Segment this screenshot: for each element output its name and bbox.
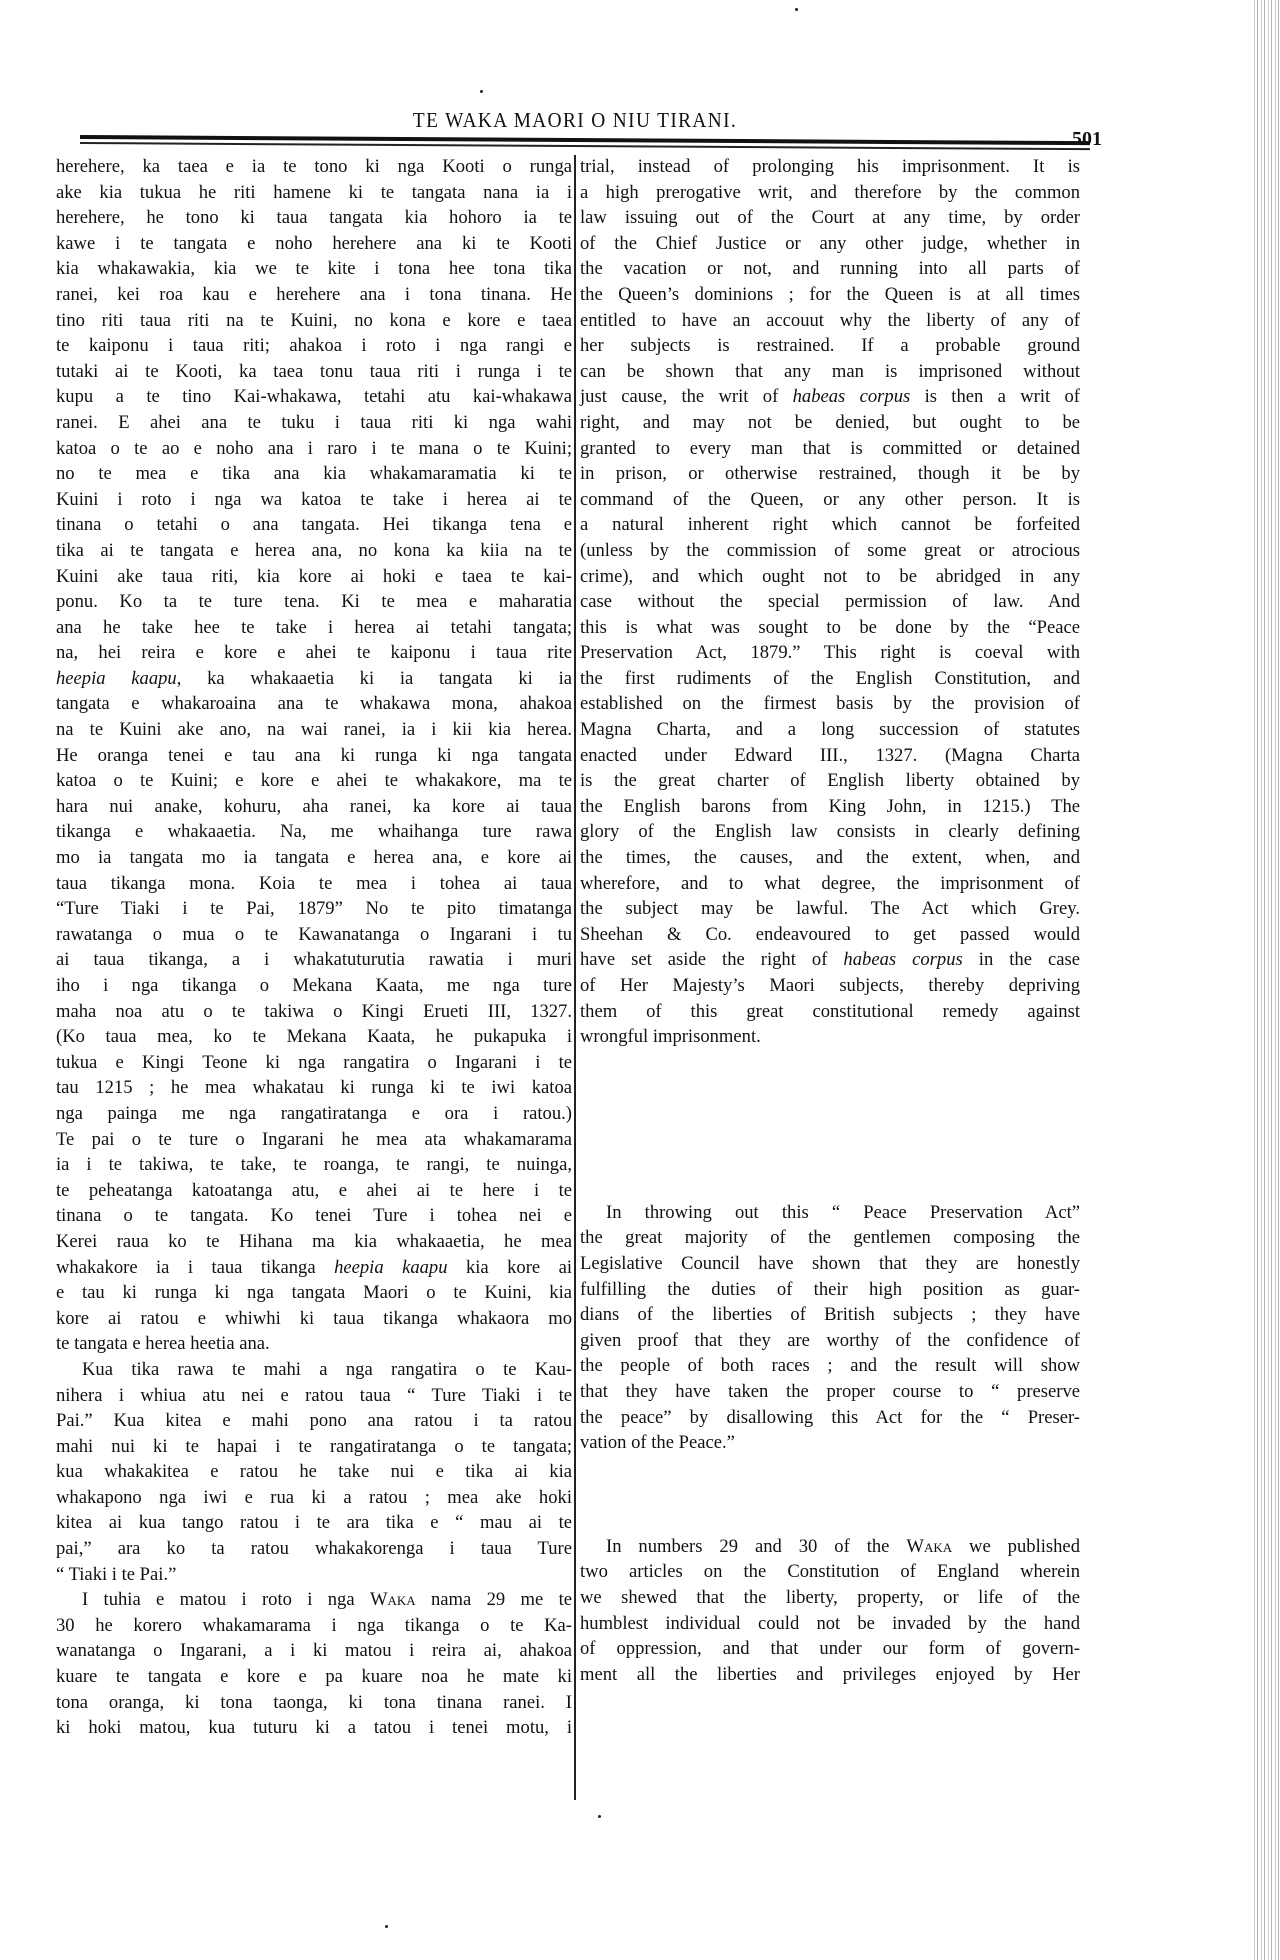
text-line: tangata e whakaroaina ana te whakawa mon… — [56, 691, 572, 717]
text-line: tikanga e whakaaetia. Na, me whaihanga t… — [56, 819, 572, 845]
scan-binding-edge — [1254, 0, 1280, 1960]
text-line: Kua tika rawa te mahi a nga rangatira o … — [56, 1357, 572, 1383]
column-gap — [580, 1456, 1080, 1534]
text-line: the Queen’s dominions ; for the Queen is… — [580, 282, 1080, 308]
text-line: pai,” ara ko ta ratou whakakorenga i tau… — [56, 1536, 572, 1562]
left-p1-lines-a: herehere, ka taea e ia te tono ki nga Ko… — [56, 154, 572, 666]
right-p1-habeas-line: just cause, the writ of habeas corpus is… — [580, 384, 1080, 410]
text-line: we shewed that the liberty, property, or… — [580, 1585, 1080, 1611]
text-line: two articles on the Constitution of Engl… — [580, 1559, 1080, 1585]
left-paragraph-3: I tuhia e matou i roto i nga Waka nama 2… — [56, 1587, 572, 1741]
heepia-kaapu-term: heepia kaapu — [56, 668, 177, 689]
text-line: law issuing out of the Court at any time… — [580, 205, 1080, 231]
text-line: kawe i te tangata e noho herehere ana ki… — [56, 231, 572, 257]
text-line: humblest individual could not be invaded… — [580, 1611, 1080, 1637]
right-p2-lines: In throwing out this “ Peace Preservatio… — [580, 1200, 1080, 1456]
text-line: In throwing out this “ Peace Preservatio… — [580, 1200, 1080, 1226]
text-line: “ Tiaki i te Pai.” — [56, 1562, 572, 1588]
text-line: Sheehan & Co. endeavoured to get passed … — [580, 922, 1080, 948]
left-p2-lines: Kua tika rawa te mahi a nga rangatira o … — [56, 1357, 572, 1587]
scan-speck — [480, 90, 483, 93]
text-line: te tangata e herea heetia ana. — [56, 1331, 572, 1357]
text-line: nga painga me nga rangatiratanga e ora i… — [56, 1101, 572, 1127]
text-line: glory of the English law consists in cle… — [580, 819, 1080, 845]
text-line: kitea ai kua tango ratou i te ara tika e… — [56, 1510, 572, 1536]
text-line: whakapono nga iwi e rua ki a ratou ; mea… — [56, 1485, 572, 1511]
column-gap — [580, 1050, 1080, 1200]
text-line: is the great charter of English liberty … — [580, 768, 1080, 794]
text-line: ranei. E ahei ana te tuku i taua riti ki… — [56, 410, 572, 436]
text-line: Preservation Act, 1879.” This right is c… — [580, 640, 1080, 666]
text-line: e tau ki runga ki nga tangata Maori o te… — [56, 1280, 572, 1306]
text-line: the English barons from King John, in 12… — [580, 794, 1080, 820]
heepia-kaapu-term: heepia kaapu — [334, 1257, 447, 1278]
page-header: TE WAKA MAORI O NIU TIRANI. 501 — [60, 108, 1090, 138]
scan-speck — [795, 8, 798, 11]
left-p3-first-line: I tuhia e matou i roto i nga Waka nama 2… — [56, 1587, 572, 1613]
left-p1-lines-b: tangata e whakaroaina ana te whakawa mon… — [56, 691, 572, 1254]
text-line: (Ko taua mea, ko te Mekana Kaata, he puk… — [56, 1024, 572, 1050]
text-line: a high prerogative writ, and therefore b… — [580, 180, 1080, 206]
text-line: Kerei raua ko te Hihana ma kia whakaaeti… — [56, 1229, 572, 1255]
text-line: of oppression, and that under our form o… — [580, 1636, 1080, 1662]
text-line: mahi nui ki te hapai i te rangatiratanga… — [56, 1434, 572, 1460]
text-line: of the Chief Justice or any other judge,… — [580, 231, 1080, 257]
text-line: herehere, he tono ki taua tangata kia ho… — [56, 205, 572, 231]
text-line: te peheatanga katoatanga atu, e ahei ai … — [56, 1178, 572, 1204]
text-line: entitled to have an accouut why the libe… — [580, 308, 1080, 334]
text-line: dians of the liberties of British subjec… — [580, 1302, 1080, 1328]
text-line: the subject may be lawful. The Act which… — [580, 896, 1080, 922]
right-paragraph-1: trial, instead of prolonging his impriso… — [580, 154, 1080, 1050]
text-line: tutaki ai te Kooti, ka taea tonu taua ri… — [56, 359, 572, 385]
text-line: na te Kuini ake ano, na wai ranei, ia i … — [56, 717, 572, 743]
running-title: TE WAKA MAORI O NIU TIRANI. — [101, 108, 1049, 133]
text-line: the peace” by disallowing this Act for t… — [580, 1405, 1080, 1431]
text-line: maha noa atu o te takiwa o Kingi Erueti … — [56, 999, 572, 1025]
text-line: ki hoki matou, kua tuturu ki a tatou i t… — [56, 1715, 572, 1741]
text-line: granted to every man that is committed o… — [580, 436, 1080, 462]
text-line: 30 he korero whakamarama i nga tikanga o… — [56, 1613, 572, 1639]
text-line: tukua e Kingi Teone ki nga rangatira o I… — [56, 1050, 572, 1076]
text-line: vation of the Peace.” — [580, 1430, 1080, 1456]
left-p1-lines-c: e tau ki runga ki nga tangata Maori o te… — [56, 1280, 572, 1357]
text-line: that they have taken the proper course t… — [580, 1379, 1080, 1405]
scan-speck — [385, 1925, 388, 1928]
text-line: the great majority of the gentlemen comp… — [580, 1225, 1080, 1251]
text-line: Kuini i roto i nga wa katoa te take i he… — [56, 487, 572, 513]
left-p3-lines: 30 he korero whakamarama i nga tikanga o… — [56, 1613, 572, 1741]
text-line: ia i te takiwa, te take, te roanga, te r… — [56, 1152, 572, 1178]
text-line: te kaiponu i taua riti; ahakoa i roto i … — [56, 333, 572, 359]
text-line: nihera i whiua atu nei e ratou taua “ Tu… — [56, 1383, 572, 1409]
text-line: a natural inherent right which cannot be… — [580, 512, 1080, 538]
text-line: ana he take hee te take i herea ai tetah… — [56, 615, 572, 641]
text-line: katoa o te ao e noho ana i raro i te man… — [56, 436, 572, 462]
text-line: kua whakakitea e ratou he take nui e tik… — [56, 1459, 572, 1485]
left-p1-italic-line: heepia kaapu, ka whakaaetia ki ia tangat… — [56, 666, 572, 692]
text-line: case without the special permission of l… — [580, 589, 1080, 615]
text-line: mo ia tangata mo ia tangata e herea ana,… — [56, 845, 572, 871]
left-paragraph-2: Kua tika rawa te mahi a nga rangatira o … — [56, 1357, 572, 1587]
text-line: herehere, ka taea e ia te tono ki nga Ko… — [56, 154, 572, 180]
text-line: (unless by the commission of some great … — [580, 538, 1080, 564]
text-line: given proof that they are worthy of the … — [580, 1328, 1080, 1354]
text-line: tau 1215 ; he mea whakatau ki runga ki t… — [56, 1075, 572, 1101]
text-line: Te pai o te ture o Ingarani he mea ata w… — [56, 1127, 572, 1153]
text-line: tinana o tetahi o ana tangata. Hei tikan… — [56, 512, 572, 538]
text-line: katoa o te Kuini; e kore e ahei te whaka… — [56, 768, 572, 794]
text-line: the times, the causes, and the extent, w… — [580, 845, 1080, 871]
left-paragraph-1: herehere, ka taea e ia te tono ki nga Ko… — [56, 154, 572, 1357]
scan-speck — [598, 1815, 601, 1818]
text-line: ment all the liberties and privileges en… — [580, 1662, 1080, 1688]
text-line: taua tikanga mona. Koia te mea i tohea a… — [56, 871, 572, 897]
habeas-corpus-term: habeas corpus — [843, 949, 962, 970]
right-p3-lines: two articles on the Constitution of Engl… — [580, 1559, 1080, 1687]
text-line: kupu a te tino Kai-whakawa, tetahi atu k… — [56, 384, 572, 410]
right-p1-lines-b: right, and may not be denied, but ought … — [580, 410, 1080, 947]
column-divider — [574, 155, 576, 1800]
text-line: tona oranga, ki tona taonga, ki tona tin… — [56, 1690, 572, 1716]
text-line: can be shown that any man is imprisoned … — [580, 359, 1080, 385]
text-line: iho i nga tikanga o Mekana Kaata, me nga… — [56, 973, 572, 999]
text-line: ake kia tukua he riti hamene ki te tanga… — [56, 180, 572, 206]
right-p1-lines-c: of Her Majesty’s Maori subjects, thereby… — [580, 973, 1080, 1050]
right-p1-lines-a: trial, instead of prolonging his impriso… — [580, 154, 1080, 384]
text-line: wherefore, and to what degree, the impri… — [580, 871, 1080, 897]
text-line: ponu. Ko ta te ture tena. Ki te mea e ma… — [56, 589, 572, 615]
left-p1-italic-line-2: whakakore ia i taua tikanga heepia kaapu… — [56, 1255, 572, 1281]
text-line: Pai.” Kua kitea e mahi pono ana ratou i … — [56, 1408, 572, 1434]
waka-title: Waka — [370, 1589, 416, 1610]
text-line: na, hei reira e kore e ahei te kaiponu i… — [56, 640, 572, 666]
right-p3-first-line: In numbers 29 and 30 of the Waka we publ… — [580, 1534, 1080, 1560]
text-line: her subjects is restrained. If a probabl… — [580, 333, 1080, 359]
text-line: crime), and which ought not to be abridg… — [580, 564, 1080, 590]
text-line: fulfilling the duties of their high posi… — [580, 1277, 1080, 1303]
text-line: wanatanga o Ingarani, a i ki matou i rei… — [56, 1638, 572, 1664]
text-line: Kuini ake taua riti, kia kore ai hoki e … — [56, 564, 572, 590]
text-line: of Her Majesty’s Maori subjects, thereby… — [580, 973, 1080, 999]
text-line: established on the firmest basis by the … — [580, 691, 1080, 717]
text-line: enacted under Edward III., 1327. (Magna … — [580, 743, 1080, 769]
text-line: this is what was sought to be done by th… — [580, 615, 1080, 641]
right-column: trial, instead of prolonging his impriso… — [580, 154, 1080, 1687]
text-line: kore ai ratou e whiwhi ki taua tikanga w… — [56, 1306, 572, 1332]
text-line: them of this great constitutional remedy… — [580, 999, 1080, 1025]
text-line: kuare te tangata e kore e pa kuare noa h… — [56, 1664, 572, 1690]
right-paragraph-3: In numbers 29 and 30 of the Waka we publ… — [580, 1534, 1080, 1688]
left-column: herehere, ka taea e ia te tono ki nga Ko… — [56, 154, 572, 1741]
text-line: trial, instead of prolonging his impriso… — [580, 154, 1080, 180]
text-line: Magna Charta, and a long succession of s… — [580, 717, 1080, 743]
text-line: command of the Queen, or any other perso… — [580, 487, 1080, 513]
text-line: Legislative Council have shown that they… — [580, 1251, 1080, 1277]
text-line: hara nui anake, kohuru, aha ranei, ka ko… — [56, 794, 572, 820]
right-paragraph-2: In throwing out this “ Peace Preservatio… — [580, 1200, 1080, 1456]
text-line: He oranga tenei e tau ana ki runga ki ng… — [56, 743, 572, 769]
text-line: ai taua tikanga, a i whakatuturutia rawa… — [56, 947, 572, 973]
text-line: the vacation or not, and running into al… — [580, 256, 1080, 282]
text-line: tinana o te tangata. Ko tenei Ture i toh… — [56, 1203, 572, 1229]
waka-title: Waka — [906, 1536, 952, 1557]
text-line: no te mea e tika ana kia whakamaramatia … — [56, 461, 572, 487]
habeas-corpus-term: habeas corpus — [793, 386, 911, 407]
text-line: wrongful imprisonment. — [580, 1024, 1080, 1050]
text-line: right, and may not be denied, but ought … — [580, 410, 1080, 436]
text-line: the first rudiments of the English Const… — [580, 666, 1080, 692]
text-line: tika ai te tangata e herea ana, no kona … — [56, 538, 572, 564]
text-line: the people of both races ; and the resul… — [580, 1353, 1080, 1379]
right-p1-habeas-line-2: have set aside the right of habeas corpu… — [580, 947, 1080, 973]
text-line: ranei, kei roa kau e herehere ana i tona… — [56, 282, 572, 308]
text-line: rawatanga o mua o te Kawanatanga o Ingar… — [56, 922, 572, 948]
text-line: kia whakawakia, kia we te kite i tona he… — [56, 256, 572, 282]
text-line: tino riti taua riti na te Kuini, no kona… — [56, 308, 572, 334]
text-line: “Ture Tiaki i te Pai, 1879” No te pito t… — [56, 896, 572, 922]
text-line: in prison, or otherwise restrained, thou… — [580, 461, 1080, 487]
